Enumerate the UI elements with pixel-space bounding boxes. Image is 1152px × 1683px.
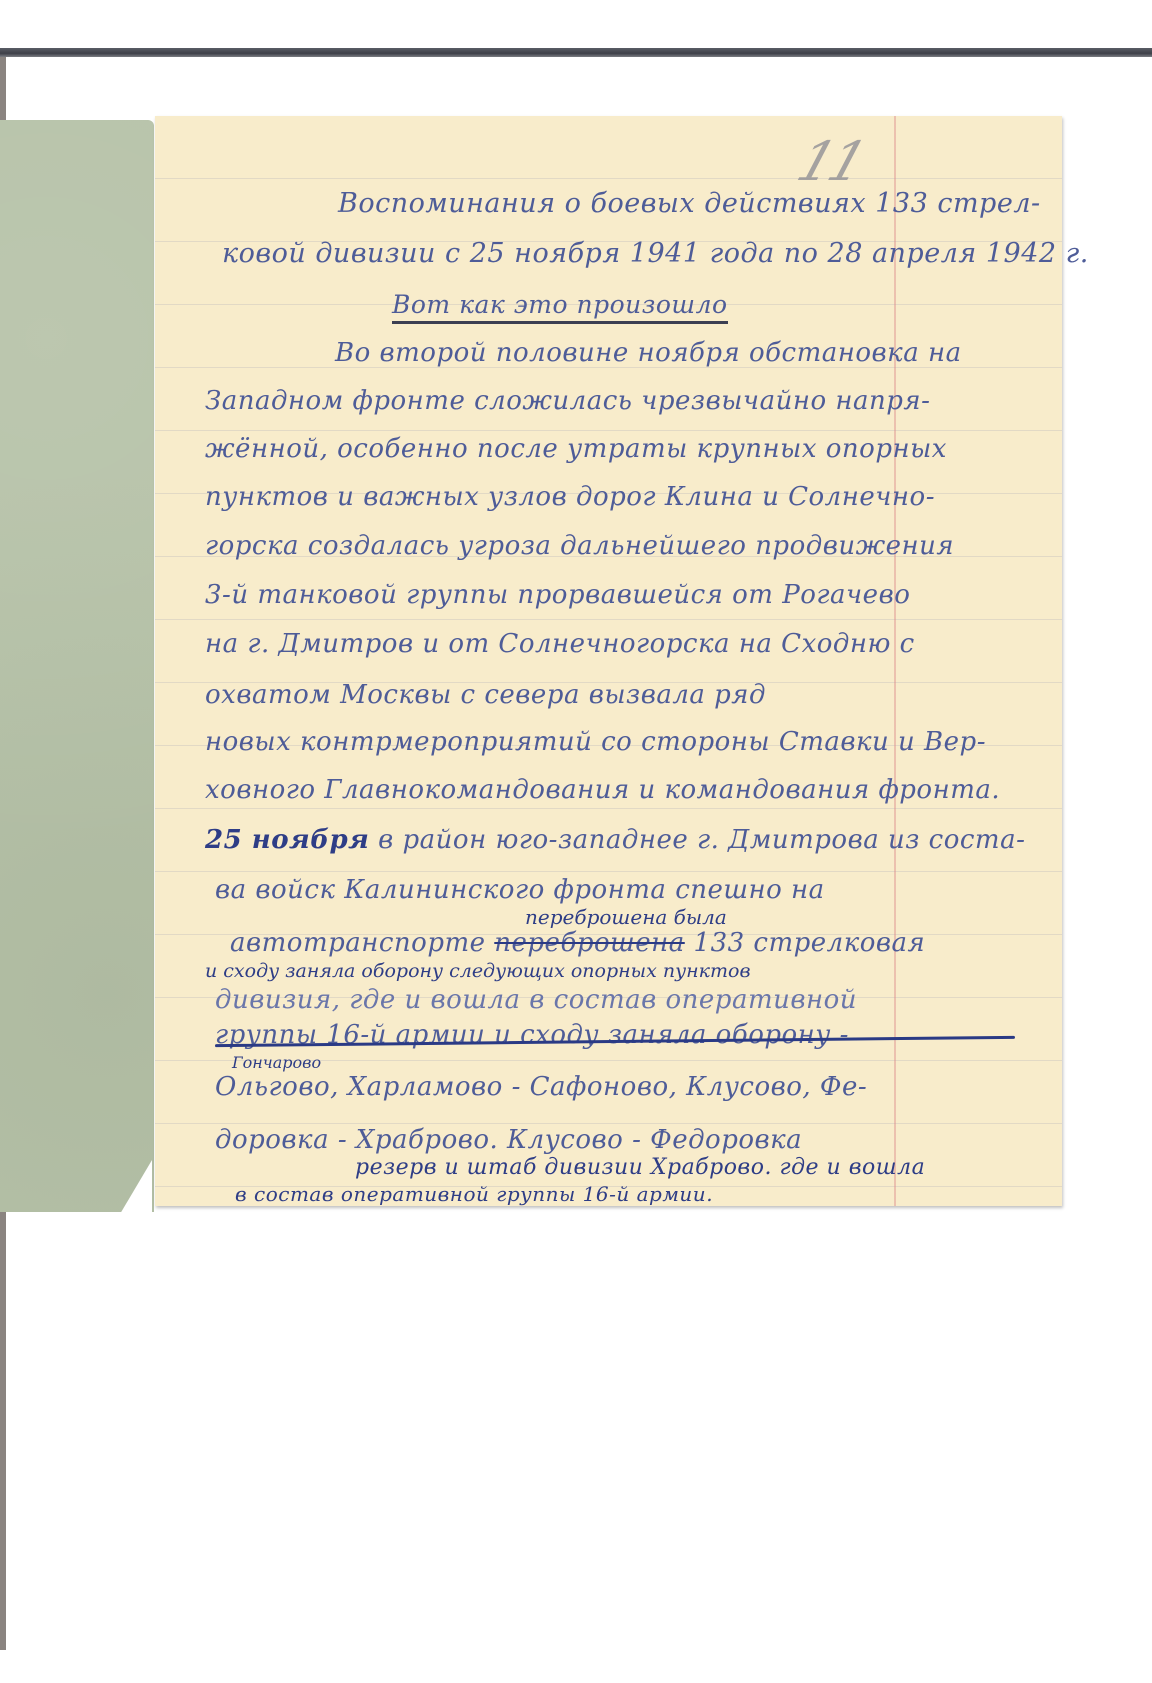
body-line-2: Западном фронте сложилась чрезвычайно на… (205, 386, 930, 416)
body-line-villages-2: доровка - Храброво. Клусово - Федоровка (215, 1125, 802, 1155)
insertion-above-transport: переброшена была (525, 905, 727, 929)
date-25-november: 25 ноября (205, 825, 369, 855)
insertion-goncharovo: Гончарово (232, 1053, 321, 1072)
body-line-5: горска создалась угроза дальнейшего прод… (205, 531, 954, 561)
body-line-reserve: резерв и штаб дивизии Храброво. где и во… (355, 1155, 925, 1180)
district-text: в район юго-западнее г. Дмитрова из сост… (378, 825, 1025, 855)
transport-suffix: 133 стрелковая (694, 928, 926, 958)
body-line-kalinin-front: ва войск Калининского фронта спешно на (215, 875, 825, 905)
body-line-25-november: 25 ноября в район юго-западнее г. Дмитро… (205, 825, 1025, 855)
title-line-1: Воспоминания о боевых действиях 133 стре… (338, 188, 1041, 219)
body-line-villages-1: Ольгово, Харламово - Сафоново, Клусово, … (215, 1072, 867, 1102)
subtitle: Вот как это произошло (392, 290, 728, 324)
body-line-4: пунктов и важных узлов дорог Клина и Сол… (205, 482, 935, 512)
scan-top-band (0, 48, 1152, 57)
body-line-6: 3-й танковой группы прорвавшейся от Рога… (205, 580, 910, 610)
body-line-10: ховного Главнокомандования и командовани… (205, 775, 1000, 805)
body-line-8: охватом Москвы с севера вызвала ряд (205, 680, 766, 710)
title-line-2: ковой дивизии с 25 ноября 1941 года по 2… (222, 238, 1089, 269)
body-line-1: Во второй половине ноября обстановка на (335, 338, 962, 368)
body-line-9: новых контрмероприятий со стороны Ставки… (205, 727, 986, 757)
body-line-division: дивизия, где и вошла в состав оперативно… (215, 985, 857, 1015)
insertion-line-defense: и сходу заняла оборону следующих опорных… (205, 960, 751, 982)
transport-prefix: автотранспорте (230, 928, 486, 958)
body-line-7: на г. Дмитров и от Солнечногорска на Схо… (205, 629, 915, 659)
body-line-transport: автотранспорте переброшена 133 стрелкова… (230, 928, 925, 958)
body-line-final: в состав оперативной группы 16-й армии. (235, 1182, 713, 1206)
body-line-3: жённой, особенно после утраты крупных оп… (205, 434, 947, 464)
struck-word: переброшена (494, 928, 684, 958)
notebook-cover (0, 120, 154, 1212)
